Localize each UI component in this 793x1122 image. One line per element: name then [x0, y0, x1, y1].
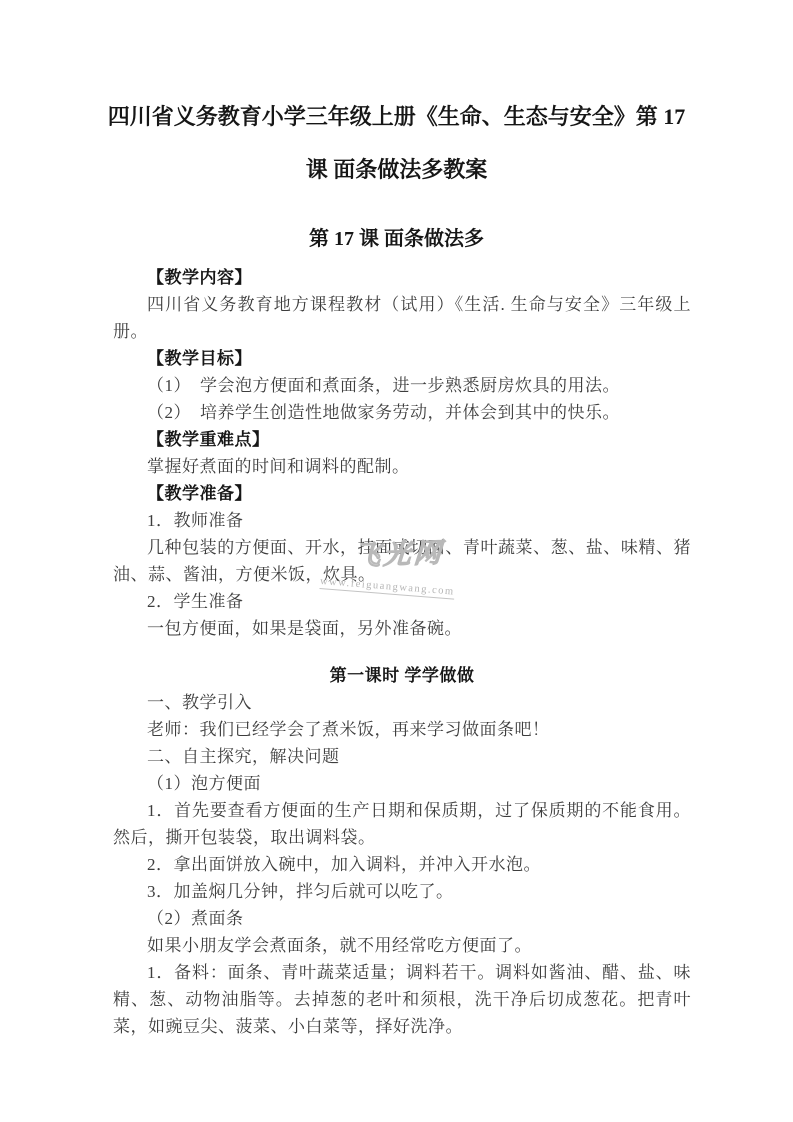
document-title-line-2: 课 面条做法多教案: [0, 143, 793, 196]
paragraph: 如果小朋友学会煮面条，就不用经常吃方便面了。: [113, 932, 691, 959]
paragraph: 2．拿出面饼放入碗中，加入调料，并冲入开水泡。: [113, 851, 691, 878]
paragraph: 1．教师准备: [113, 507, 691, 534]
document-page: 四川省义务教育小学三年级上册《生命、生态与安全》第 17 课 面条做法多教案 第…: [0, 0, 793, 1122]
section-heading: 【教学内容】: [113, 264, 691, 291]
paragraph: 几种包装的方便面、开水，挂面或切面、青叶蔬菜、葱、盐、味精、猪油、蒜、酱油，方便…: [113, 534, 691, 588]
document-title-line-1: 四川省义务教育小学三年级上册《生命、生态与安全》第 17: [0, 90, 793, 143]
period-heading: 第一课时 学学做做: [113, 662, 691, 689]
paragraph: 一包方便面，如果是袋面，另外准备碗。: [113, 615, 691, 642]
paragraph: 1．首先要查看方便面的生产日期和保质期，过了保质期的不能食用。然后，撕开包装袋，…: [113, 797, 691, 851]
document-title: 四川省义务教育小学三年级上册《生命、生态与安全》第 17 课 面条做法多教案: [0, 0, 793, 196]
section-heading: 【教学准备】: [113, 480, 691, 507]
lesson-title: 第 17 课 面条做法多: [0, 226, 793, 253]
paragraph: （1） 学会泡方便面和煮面条，进一步熟悉厨房炊具的用法。: [113, 372, 691, 399]
paragraph: 3．加盖焖几分钟，拌匀后就可以吃了。: [113, 878, 691, 905]
paragraph: 1．备料：面条、青叶蔬菜适量；调料若干。调料如酱油、醋、盐、味精、葱、动物油脂等…: [113, 959, 691, 1040]
paragraph: （2）煮面条: [113, 905, 691, 932]
paragraph: 二、自主探究，解决问题: [113, 743, 691, 770]
paragraph: 2．学生准备: [113, 588, 691, 615]
paragraph: （2） 培养学生创造性地做家务劳动，并体会到其中的快乐。: [113, 399, 691, 426]
paragraph: 一、教学引入: [113, 689, 691, 716]
section-heading: 【教学目标】: [113, 345, 691, 372]
document-body: 【教学内容】四川省义务教育地方课程教材（试用）《生活. 生命与安全》三年级上册。…: [113, 264, 691, 1040]
paragraph: 掌握好煮面的时间和调料的配制。: [113, 453, 691, 480]
paragraph: 老师：我们已经学会了煮米饭，再来学习做面条吧！: [113, 716, 691, 743]
paragraph: （1）泡方便面: [113, 770, 691, 797]
paragraph: 四川省义务教育地方课程教材（试用）《生活. 生命与安全》三年级上册。: [113, 291, 691, 345]
section-heading: 【教学重难点】: [113, 426, 691, 453]
